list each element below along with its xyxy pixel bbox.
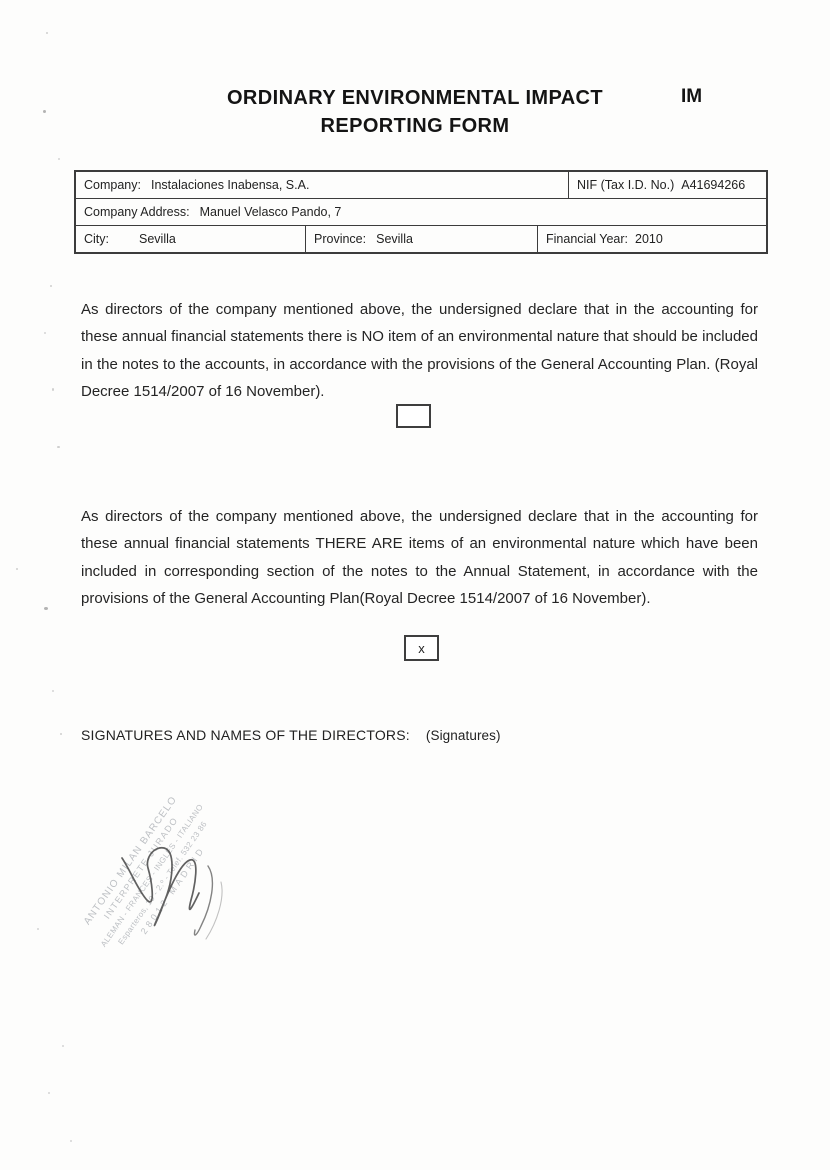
province-cell: Province: Sevilla (305, 226, 537, 252)
company-cell: Company: Instalaciones Inabensa, S.A. (76, 172, 568, 198)
checkbox-items-present[interactable]: x (404, 635, 439, 661)
company-info-table: Company: Instalaciones Inabensa, S.A. NI… (74, 170, 768, 254)
financial-year-label: Financial Year: (546, 232, 628, 246)
scanned-form-page: ORDINARY ENVIRONMENTAL IMPACT REPORTING … (0, 0, 830, 1170)
address-label: Company Address: (84, 205, 190, 219)
city-value: Sevilla (139, 232, 176, 246)
table-row-city: City: Sevilla Province: Sevilla Financia… (76, 225, 766, 252)
city-cell: City: Sevilla (76, 226, 305, 252)
signatures-heading: SIGNATURES AND NAMES OF THE DIRECTORS: (81, 727, 410, 743)
table-row-address: Company Address: Manuel Velasco Pando, 7 (76, 198, 766, 225)
company-value: Instalaciones Inabensa, S.A. (151, 178, 309, 192)
address-value: Manuel Velasco Pando, 7 (200, 205, 342, 219)
signatures-section: SIGNATURES AND NAMES OF THE DIRECTORS:(S… (81, 727, 501, 743)
handwritten-signature (112, 838, 242, 953)
city-label: City: (84, 232, 109, 246)
checkbox-no-items[interactable] (396, 404, 431, 428)
declaration-no-items-text: As directors of the company mentioned ab… (81, 296, 758, 406)
form-title-line2: REPORTING FORM (0, 112, 830, 140)
signatures-note: (Signatures) (426, 728, 501, 743)
nif-label: NIF (Tax I.D. No.) (577, 178, 674, 192)
nif-value: A41694266 (681, 178, 745, 192)
form-title: ORDINARY ENVIRONMENTAL IMPACT REPORTING … (0, 84, 830, 140)
province-label: Province: (314, 232, 366, 246)
company-label: Company: (84, 178, 141, 192)
province-value: Sevilla (376, 232, 413, 246)
nif-cell: NIF (Tax I.D. No.) A41694266 (568, 172, 766, 198)
table-row-company: Company: Instalaciones Inabensa, S.A. NI… (76, 172, 766, 198)
form-title-line1: ORDINARY ENVIRONMENTAL IMPACT (0, 84, 830, 112)
address-cell: Company Address: Manuel Velasco Pando, 7 (76, 199, 766, 225)
declaration-items-present-text: As directors of the company mentioned ab… (81, 503, 758, 613)
form-code: IM (681, 86, 702, 108)
financial-year-cell: Financial Year: 2010 (537, 226, 766, 252)
financial-year-value: 2010 (635, 232, 663, 246)
